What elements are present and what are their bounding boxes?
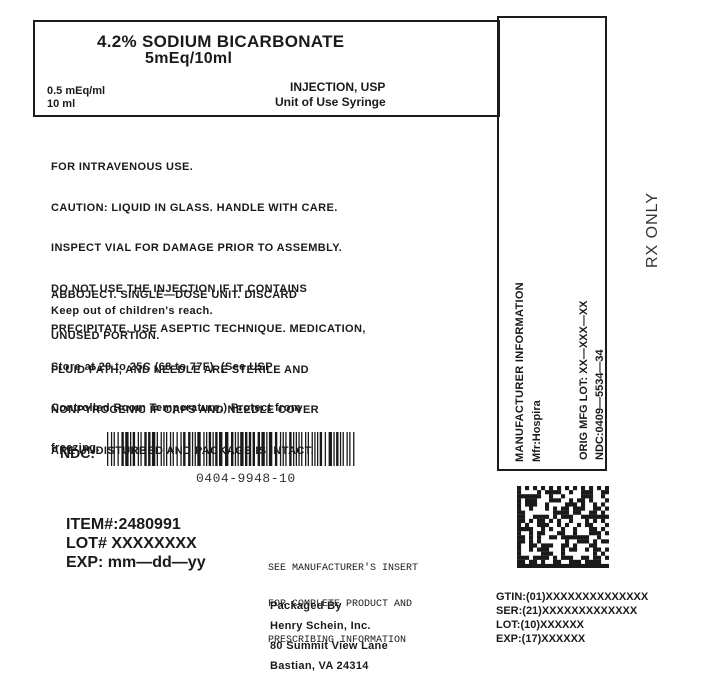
linear-barcode-icon (107, 432, 357, 466)
warning-line: FOR INTRAVENOUS USE. (51, 161, 366, 175)
manufacturer-heading: MANUFACTURER INFORMATION (514, 282, 526, 462)
insert-note-line: SEE MANUFACTURER'S INSERT (268, 563, 418, 575)
manufacturer-ndc: NDC:0409—5534—34 (594, 349, 606, 460)
packager-line: 80 Summit View Lane (270, 636, 388, 656)
storage-line: Store at 20 to 25C (68 to 77F). (See USP (51, 361, 301, 375)
dosage-form: INJECTION, USP (290, 80, 385, 94)
original-lot: ORIG MFG LOT: XX—XXX—XX (578, 300, 590, 460)
concentration: 0.5 mEq/ml (47, 85, 105, 97)
product-strength: 5mEq/10ml (145, 50, 232, 68)
gs1-lot-line: LOT:(10)XXXXXX (496, 618, 648, 632)
datamatrix-code-icon (517, 486, 609, 568)
expiration-date: EXP: mm—dd—yy (66, 554, 206, 572)
packager-line: Packaged By (270, 596, 388, 616)
product-name: 4.2% SODIUM BICARBONATE (97, 32, 344, 52)
gs1-data: GTIN:(01)XXXXXXXXXXXXXX SER:(21)XXXXXXXX… (496, 590, 648, 646)
volume: 10 ml (47, 98, 75, 110)
packager-line: Bastian, VA 24314 (270, 656, 388, 676)
item-number: ITEM#:2480991 (66, 516, 181, 534)
packager-info: Packaged By Henry Schein, Inc. 80 Summit… (270, 596, 388, 676)
packager-line: Henry Schein, Inc. (270, 616, 388, 636)
serial-line: SER:(21)XXXXXXXXXXXXX (496, 604, 648, 618)
warning-line: CAUTION: LIQUID IN GLASS. HANDLE WITH CA… (51, 202, 366, 216)
warnings-paragraph-3: Keep out of children's reach. (51, 305, 213, 319)
manufacturer-name: Mfr:Hospira (531, 400, 543, 462)
ndc-number: 0404-9948-10 (196, 471, 296, 486)
lot-number: LOT# XXXXXXXX (66, 535, 197, 553)
storage-line: Controlled Room Temperature.) Protect fr… (51, 402, 301, 416)
ndc-label: NDC: (60, 445, 95, 461)
rx-only-label: RX ONLY (644, 192, 662, 268)
package-type: Unit of Use Syringe (275, 95, 386, 109)
gtin-line: GTIN:(01)XXXXXXXXXXXXXX (496, 590, 648, 604)
gs1-exp-line: EXP:(17)XXXXXX (496, 632, 648, 646)
warning-line: INSPECT VIAL FOR DAMAGE PRIOR TO ASSEMBL… (51, 242, 366, 256)
warning-line: ABBOJECT. SINGLE—DOSE UNIT. DISCARD (51, 289, 297, 303)
